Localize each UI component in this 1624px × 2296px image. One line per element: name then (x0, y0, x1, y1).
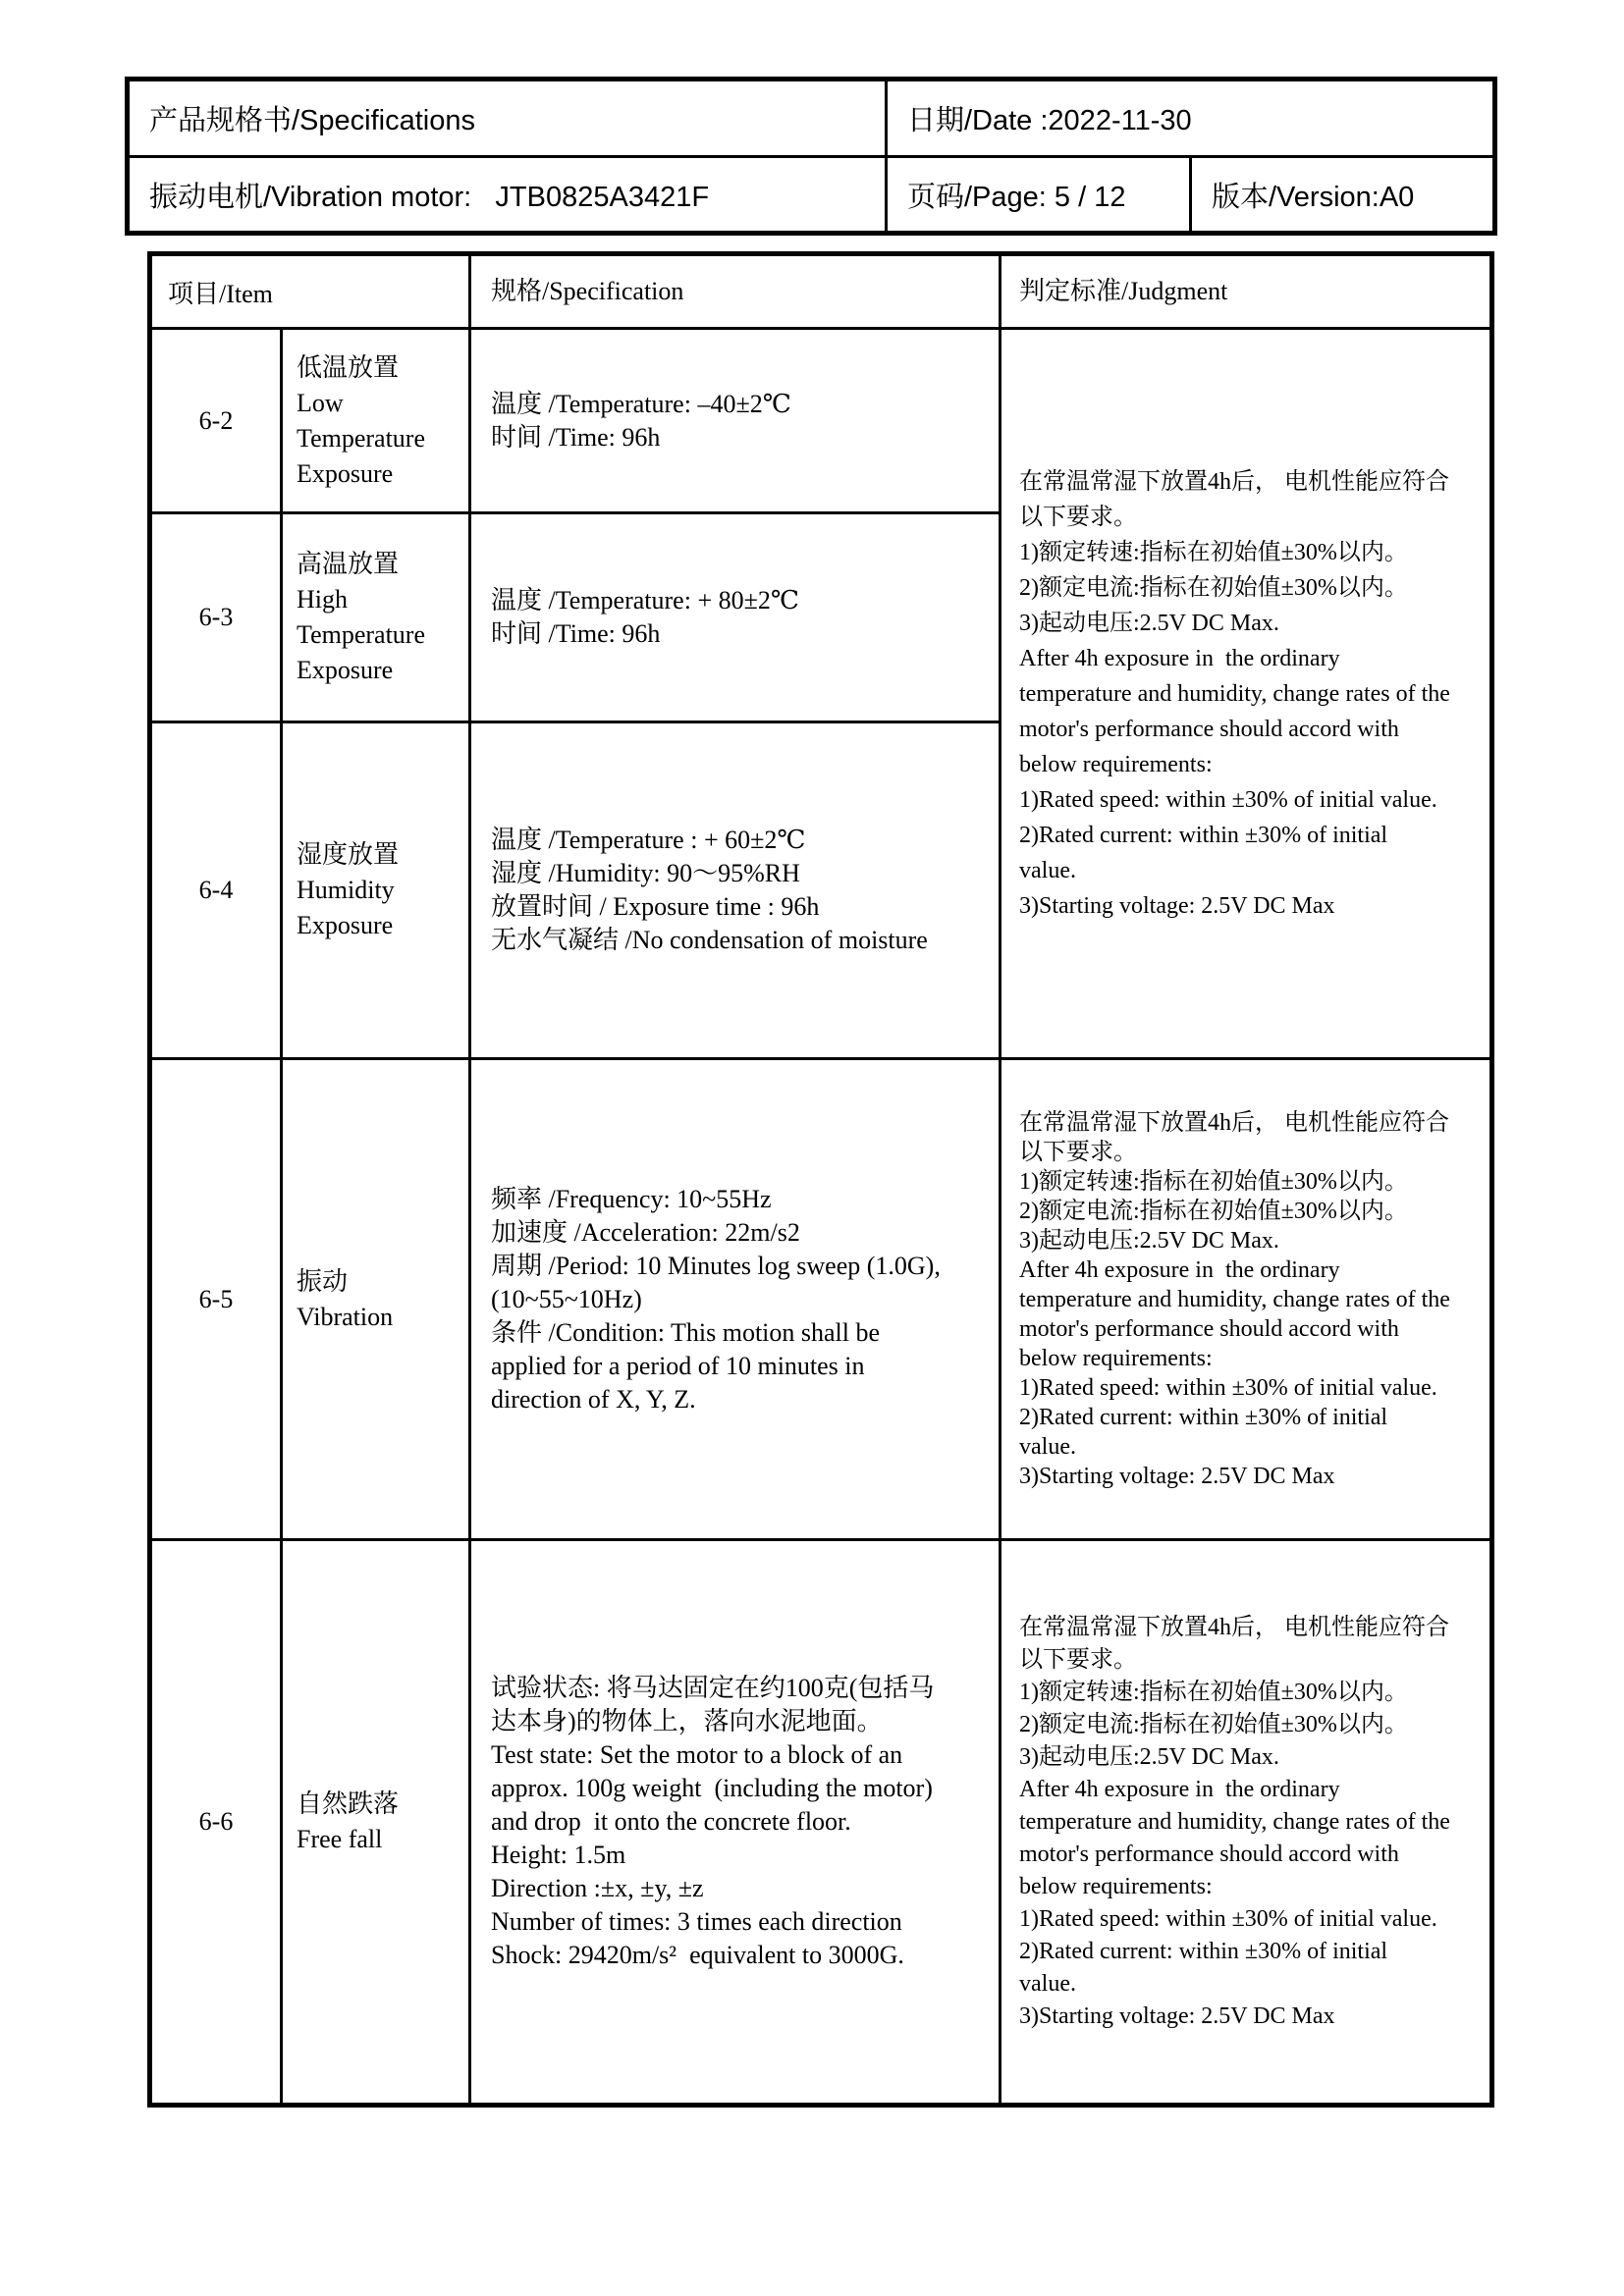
item-name: 高温放置 High Temperature Exposure (282, 513, 470, 722)
item-name: 低温放置 Low Temperature Exposure (282, 329, 470, 513)
item-number: 6-6 (150, 1540, 282, 2106)
item-specification: 温度 /Temperature: + 80±2℃ 时间 /Time: 96h (470, 513, 1001, 722)
item-specification: 试验状态: 将马达固定在约100克(包括马 达本身)的物体上，落向水泥地面。 T… (470, 1540, 1001, 2106)
item-name: 振动 Vibration (282, 1059, 470, 1540)
doc-product: 振动电机/Vibration motor: JTB0825A3421F (128, 157, 887, 234)
judgment-6-6: 在常温常湿下放置4h后， 电机性能应符合 以下要求。 1)额定转速:指标在初始值… (1001, 1540, 1492, 2106)
item-specification: 频率 /Frequency: 10~55Hz 加速度 /Acceleration… (470, 1059, 1001, 1540)
item-specification: 温度 /Temperature : + 60±2℃ 湿度 /Humidity: … (470, 722, 1001, 1059)
doc-date: 日期/Date :2022-11-30 (887, 80, 1495, 157)
item-name: 湿度放置 Humidity Exposure (282, 722, 470, 1059)
table-row-6-6: 6-6 自然跌落 Free fall 试验状态: 将马达固定在约100克(包括马… (150, 1540, 1492, 2106)
item-number: 6-4 (150, 722, 282, 1059)
judgment-6-2-to-6-4: 在常温常湿下放置4h后， 电机性能应符合 以下要求。 1)额定转速:指标在初始值… (1001, 329, 1492, 1059)
specification-page: { "doc_header": { "title": "产品规格书/Specif… (0, 0, 1624, 2296)
doc-page-number: 页码/Page: 5 / 12 (887, 157, 1191, 234)
spec-table: 项目/Item 规格/Specification 判定标准/Judgment 6… (147, 251, 1494, 2108)
table-row-6-2: 6-2 低温放置 Low Temperature Exposure 温度 /Te… (150, 329, 1492, 513)
spec-table-header-row: 项目/Item 规格/Specification 判定标准/Judgment (150, 254, 1492, 329)
item-number: 6-2 (150, 329, 282, 513)
item-number: 6-5 (150, 1059, 282, 1540)
doc-title: 产品规格书/Specifications (128, 80, 887, 157)
doc-header-table: 产品规格书/Specifications 日期/Date :2022-11-30… (125, 77, 1497, 236)
column-header-specification: 规格/Specification (470, 254, 1001, 329)
doc-version: 版本/Version:A0 (1191, 157, 1495, 234)
table-row-6-5: 6-5 振动 Vibration 频率 /Frequency: 10~55Hz … (150, 1059, 1492, 1540)
item-specification: 温度 /Temperature: –40±2℃ 时间 /Time: 96h (470, 329, 1001, 513)
item-name: 自然跌落 Free fall (282, 1540, 470, 2106)
item-number: 6-3 (150, 513, 282, 722)
column-header-item: 项目/Item (150, 254, 470, 329)
judgment-6-5: 在常温常湿下放置4h后， 电机性能应符合 以下要求。 1)额定转速:指标在初始值… (1001, 1059, 1492, 1540)
column-header-judgment: 判定标准/Judgment (1001, 254, 1492, 329)
